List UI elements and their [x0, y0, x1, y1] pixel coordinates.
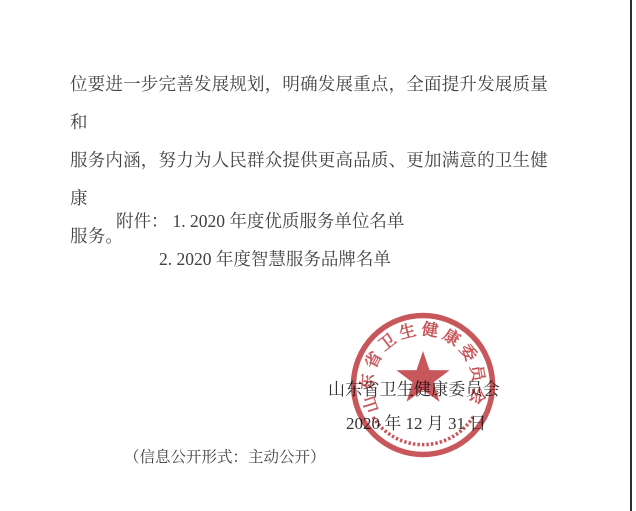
- attachment-label: 附件：: [116, 211, 169, 231]
- scanned-document-page: 位要进一步完善发展规划，明确发展重点，全面提升发展质量和 服务内涵，努力为人民群…: [0, 0, 636, 511]
- attachment-item-2: 2. 2020 年度智慧服务品牌名单: [159, 249, 391, 269]
- attachment-line-2: 2. 2020 年度智慧服务品牌名单: [159, 249, 391, 270]
- signature-date: 2020 年 12 月 31 日: [346, 414, 486, 434]
- attachment-line-1: 附件：1. 2020 年度优质服务单位名单: [116, 211, 404, 232]
- seal-arc-text: 山东省卫生健康委员会: [356, 318, 489, 415]
- body-line-1: 位要进一步完善发展规划，明确发展重点，全面提升发展质量和: [70, 65, 564, 141]
- attachment-item-1: 1. 2020 年度优质服务单位名单: [173, 211, 405, 231]
- page-edge-line: [630, 0, 632, 511]
- disclosure-note: （信息公开形式：主动公开）: [124, 448, 326, 468]
- body-line-2: 服务内涵，努力为人民群众提供更高品质、更加满意的卫生健康: [70, 141, 564, 217]
- signature-organization: 山东省卫生健康委员会: [328, 380, 500, 400]
